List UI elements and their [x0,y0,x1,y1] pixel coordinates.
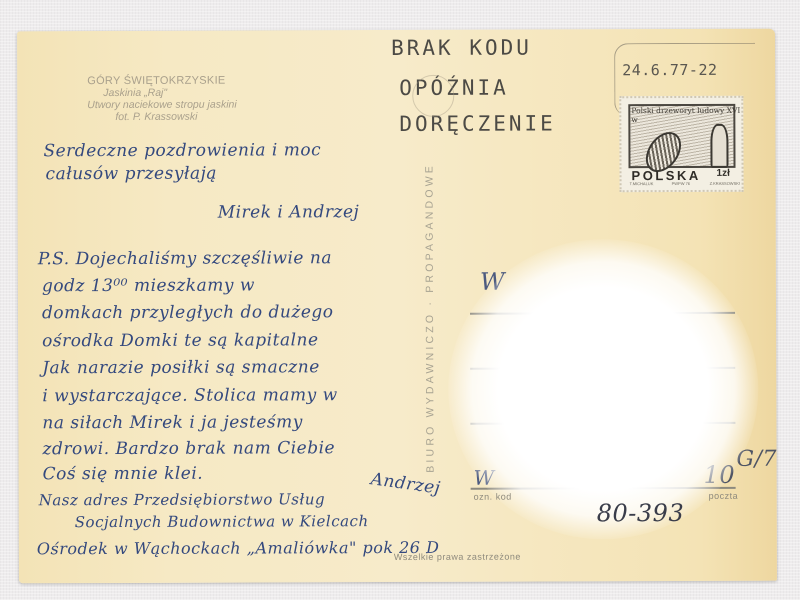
message-line-9: i wystarczające. Stolica mamy w [42,385,337,406]
postcard: GÓRY ŚWIĘTOKRZYSKIE Jaskinia „Raj" Utwor… [17,29,777,584]
stamp-title: Polski drzeworyt ludowy XVI w [631,106,741,124]
caption-description: Utwory naciekowe stropu jaskini [87,99,236,112]
stamp-fine-print-right: Z.KRASSOWSKI [710,181,740,186]
fisherman-icon [710,124,728,168]
message-line-6: domkach przyległych do dużego [42,302,334,323]
message-line-10: na siłach Mirek i ja jesteśmy [42,412,303,433]
stamp-fine-print-mid: PWPW 76 [672,181,690,186]
stamp-value: 1zł [717,168,730,179]
publisher-vertical-text: BIURO WYDAWNICZO · PROPAGANDOWE [424,163,437,473]
label-post: poczta [709,491,739,501]
publisher-logo-icon [412,75,454,117]
message-line-14: Socjalnych Budownictwa w Kielcach [75,512,369,531]
message-line-11: zdrowi. Bardzo brak nam Ciebie [42,438,335,459]
postage-stamp: Polski drzeworyt ludowy XVI w POLSKA 1zł… [619,96,743,192]
message-line-12: Coś się mnie klei. [43,464,204,485]
message-line-5: godz 13⁰⁰ mieszkamy w [42,275,255,296]
message-line-1: Serdeczne pozdrowienia i moc [43,140,321,161]
postmark-date: 24.6.77-22 [622,61,717,79]
stamp-fine-print-left: T.MICHALUK [630,181,654,186]
message-line-4: P.S. Dojechaliśmy szczęśliwie na [38,248,332,269]
postal-code: 80-393 [597,499,685,527]
cancel-line-3: DORĘCZENIE [399,111,556,136]
label-code: ozn. kod [474,492,512,502]
caption-region: GÓRY ŚWIĘTOKRZYSKIE [87,75,236,88]
message-line-15: Ośrodek w Wąchockach „Amaliówka" pok 26 … [37,538,440,558]
message-line-7: ośrodka Domki te są kapitalne [42,330,318,351]
message-signature: Andrzej [370,469,442,498]
caption-cave: Jaskinia „Raj" [87,87,236,100]
message-line-13: Nasz adres Przedsiębiorstwo Usług [39,490,326,509]
message-line-3: Mirek i Andrzej [218,202,360,222]
photo-caption: GÓRY ŚWIĘTOKRZYSKIE Jaskinia „Raj" Utwor… [87,75,237,124]
message-line-2: całusów przesyłają [46,164,218,185]
cancel-line-1: BRAK KODU [391,36,532,60]
caption-photo-credit: fot. P. Krassowski [87,111,236,124]
message-line-8: Jak narazie posiłki są smaczne [42,357,320,378]
